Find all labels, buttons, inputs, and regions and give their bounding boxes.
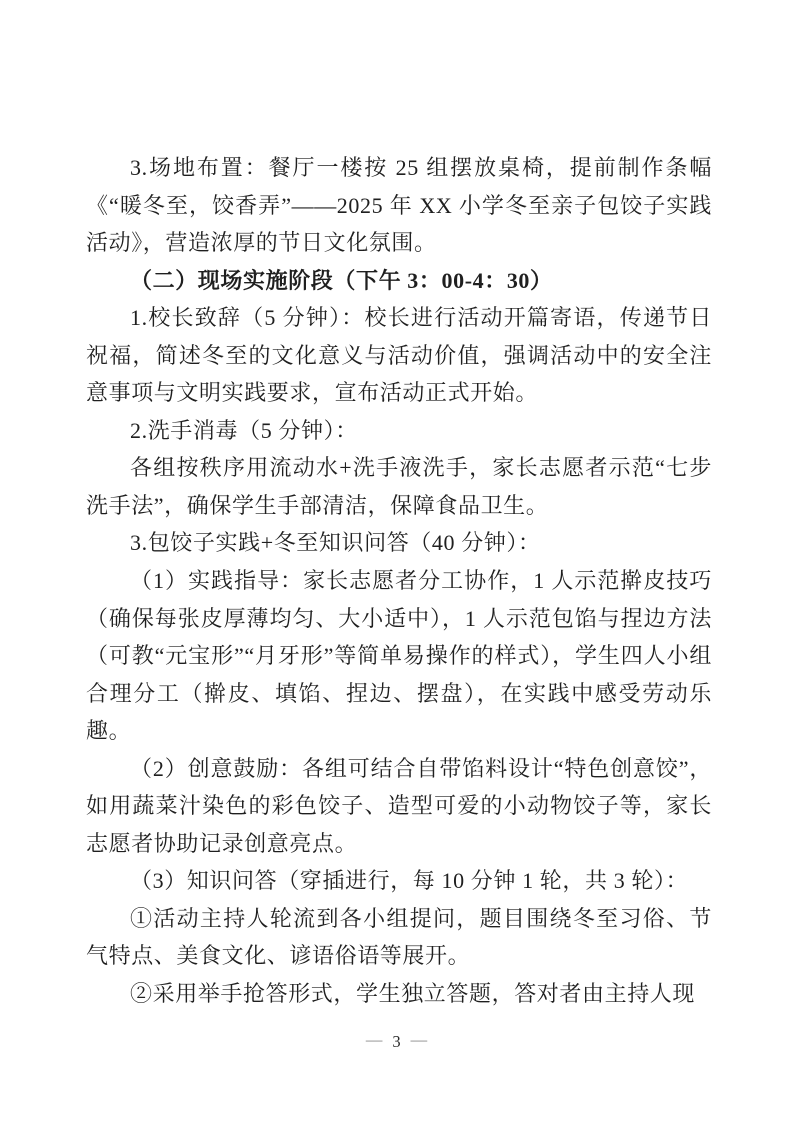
footer-left-dash: — (366, 1030, 383, 1049)
paragraph-handwash-title: 2.洗手消毒（5 分钟）： (86, 412, 712, 450)
page-body: 3.场地布置：餐厅一楼按 25 组摆放桌椅，提前制作条幅《“暖冬至，饺香弄”——… (86, 149, 712, 1013)
paragraph-quiz-detail-2: ②采用举手抢答形式，学生独立答题，答对者由主持人现 (86, 975, 712, 1013)
paragraph-dumpling-quiz-title: 3.包饺子实践+冬至知识问答（40 分钟）： (86, 524, 712, 562)
document-page: 3.场地布置：餐厅一楼按 25 组摆放桌椅，提前制作条幅《“暖冬至，饺香弄”——… (0, 0, 793, 1122)
paragraph-practice-guidance: （1）实践指导：家长志愿者分工协作，1 人示范擀皮技巧（确保每张皮厚薄均匀、大小… (86, 562, 712, 750)
paragraph-principal-speech: 1.校长致辞（5 分钟）：校长进行活动开篇寄语，传递节日祝福，简述冬至的文化意义… (86, 299, 712, 412)
paragraph-quiz-rounds: （3）知识问答（穿插进行，每 10 分钟 1 轮，共 3 轮）： (86, 862, 712, 900)
page-footer: —3— (0, 1031, 793, 1053)
paragraph-handwash-detail: 各组按秩序用流动水+洗手液洗手，家长志愿者示范“七步洗手法”，确保学生手部清洁，… (86, 449, 712, 524)
section-heading-implementation-phase: （二）现场实施阶段（下午 3：00-4：30） (86, 262, 712, 300)
paragraph-creative-encouragement: （2）创意鼓励：各组可结合自带馅料设计“特色创意饺”，如用蔬菜汁染色的彩色饺子、… (86, 750, 712, 863)
paragraph-quiz-detail-1: ①活动主持人轮流到各小组提问，题目围绕冬至习俗、节气特点、美食文化、谚语俗语等展… (86, 900, 712, 975)
paragraph-venue-setup: 3.场地布置：餐厅一楼按 25 组摆放桌椅，提前制作条幅《“暖冬至，饺香弄”——… (86, 149, 712, 262)
footer-right-dash: — (411, 1030, 428, 1049)
page-number: 3 (382, 1032, 410, 1051)
